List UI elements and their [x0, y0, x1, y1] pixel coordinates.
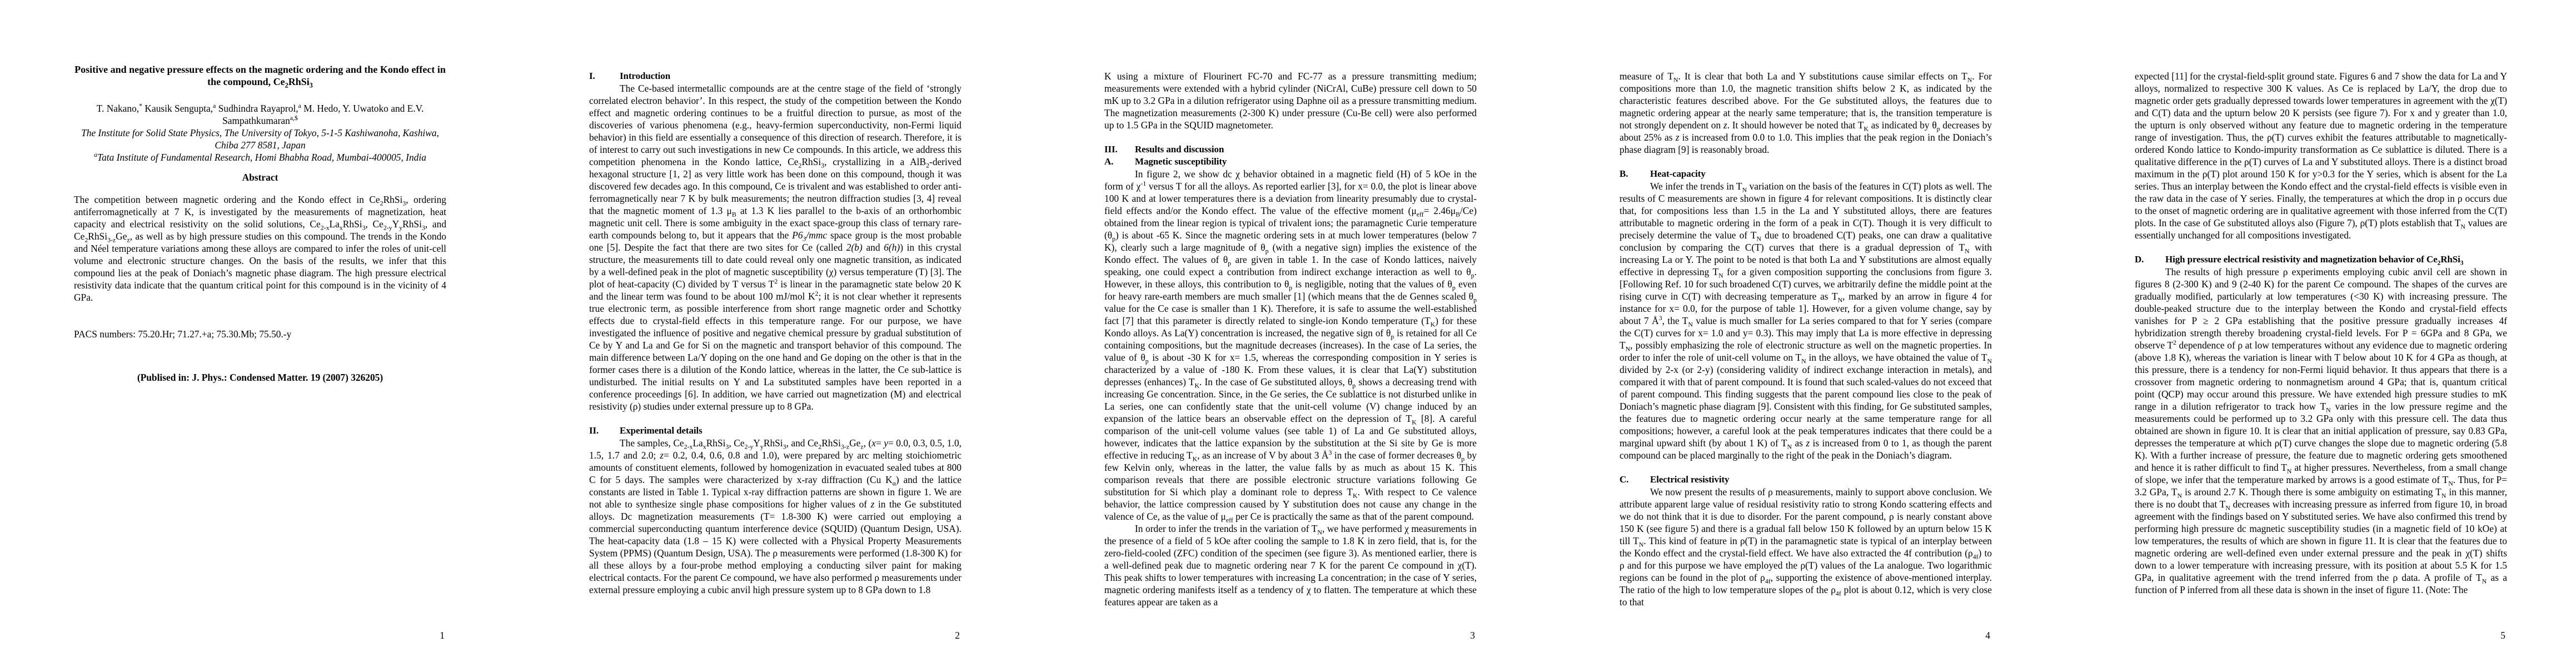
- page-content: I.IntroductionThe Ce-based intermetallic…: [515, 70, 1030, 596]
- paragraph: The competition between magnetic orderin…: [74, 193, 446, 303]
- page-content: measure of TN. It is clear that both La …: [1546, 70, 2061, 608]
- affiliation: aTata Institute of Fundamental Research,…: [74, 151, 446, 163]
- heading-label: A.: [1104, 156, 1135, 168]
- affiliation: The Institute for Solid State Physics, T…: [74, 127, 446, 151]
- paragraph: The samples, Ce2-xLaxRhSi3, Ce2-yYyRhSi3…: [589, 437, 961, 596]
- authors: T. Nakano,* Kausik Sengupta,a Sudhindra …: [74, 102, 446, 127]
- section-heading: A.Magnetic susceptibility: [1104, 156, 1477, 168]
- heading-text: Magnetic susceptibility: [1135, 156, 1477, 168]
- page-content: K using a mixture of Flourinert FC-70 an…: [1030, 70, 1546, 608]
- paragraph: expected [11] for the crystal-field-spli…: [2135, 70, 2507, 241]
- page-2: I.IntroductionThe Ce-based intermetallic…: [515, 0, 1030, 667]
- section-heading: D.High pressure electrical resistivity a…: [2135, 253, 2507, 266]
- heading-text: High pressure electrical resistivity and…: [2165, 253, 2507, 266]
- section-heading: II.Experimental details: [589, 425, 961, 437]
- page-4: measure of TN. It is clear that both La …: [1546, 0, 2061, 667]
- paragraph: measure of TN. It is clear that both La …: [1620, 70, 1992, 156]
- paragraph: The results of high pressure ρ experimen…: [2135, 266, 2507, 596]
- heading-text: Results and discussion: [1135, 143, 1477, 156]
- paper-spread: Positive and negative pressure effects o…: [0, 0, 2576, 667]
- paragraph: The Ce-based intermetallic compounds are…: [589, 82, 961, 412]
- page-1: Positive and negative pressure effects o…: [0, 0, 515, 667]
- heading-text: Electrical resistivity: [1650, 474, 1992, 486]
- heading-label: I.: [589, 70, 620, 82]
- paragraph: K using a mixture of Flourinert FC-70 an…: [1104, 70, 1477, 131]
- heading-label: B.: [1620, 168, 1650, 180]
- page-number: 5: [2500, 629, 2505, 641]
- heading-label: C.: [1620, 474, 1650, 486]
- page-content: expected [11] for the crystal-field-spli…: [2061, 70, 2576, 596]
- heading-label: II.: [589, 425, 620, 437]
- title: Positive and negative pressure effects o…: [74, 63, 446, 88]
- section-heading: I.Introduction: [589, 70, 961, 82]
- page-number: 2: [955, 629, 960, 641]
- page-content: Positive and negative pressure effects o…: [0, 63, 515, 384]
- heading-label: III.: [1104, 143, 1135, 156]
- heading-label: D.: [2135, 253, 2165, 266]
- page-3: K using a mixture of Flourinert FC-70 an…: [1030, 0, 1546, 667]
- paragraph: We infer the trends in TN variation on t…: [1620, 180, 1992, 461]
- page-number: 3: [1470, 629, 1475, 641]
- section-heading: B.Heat-capacity: [1620, 168, 1992, 180]
- section-heading: C.Electrical resistivity: [1620, 474, 1992, 486]
- center-heading: Abstract: [74, 171, 446, 183]
- page-5: expected [11] for the crystal-field-spli…: [2061, 0, 2576, 667]
- page-number: 1: [440, 629, 445, 641]
- published: (Publised in: J. Phys.: Condensed Matter…: [74, 371, 446, 384]
- paragraph: In figure 2, we show dc χ behavior obtai…: [1104, 168, 1477, 522]
- heading-text: Experimental details: [620, 425, 961, 437]
- page-number: 4: [1985, 629, 1990, 641]
- section-heading: III.Results and discussion: [1104, 143, 1477, 156]
- pacs: PACS numbers: 75.20.Hr; 71.27.+a; 75.30.…: [74, 328, 446, 340]
- heading-text: Introduction: [620, 70, 961, 82]
- heading-text: Heat-capacity: [1650, 168, 1992, 180]
- paragraph: We now present the results of ρ measurem…: [1620, 486, 1992, 608]
- paragraph: In order to infer the trends in the vari…: [1104, 522, 1477, 608]
